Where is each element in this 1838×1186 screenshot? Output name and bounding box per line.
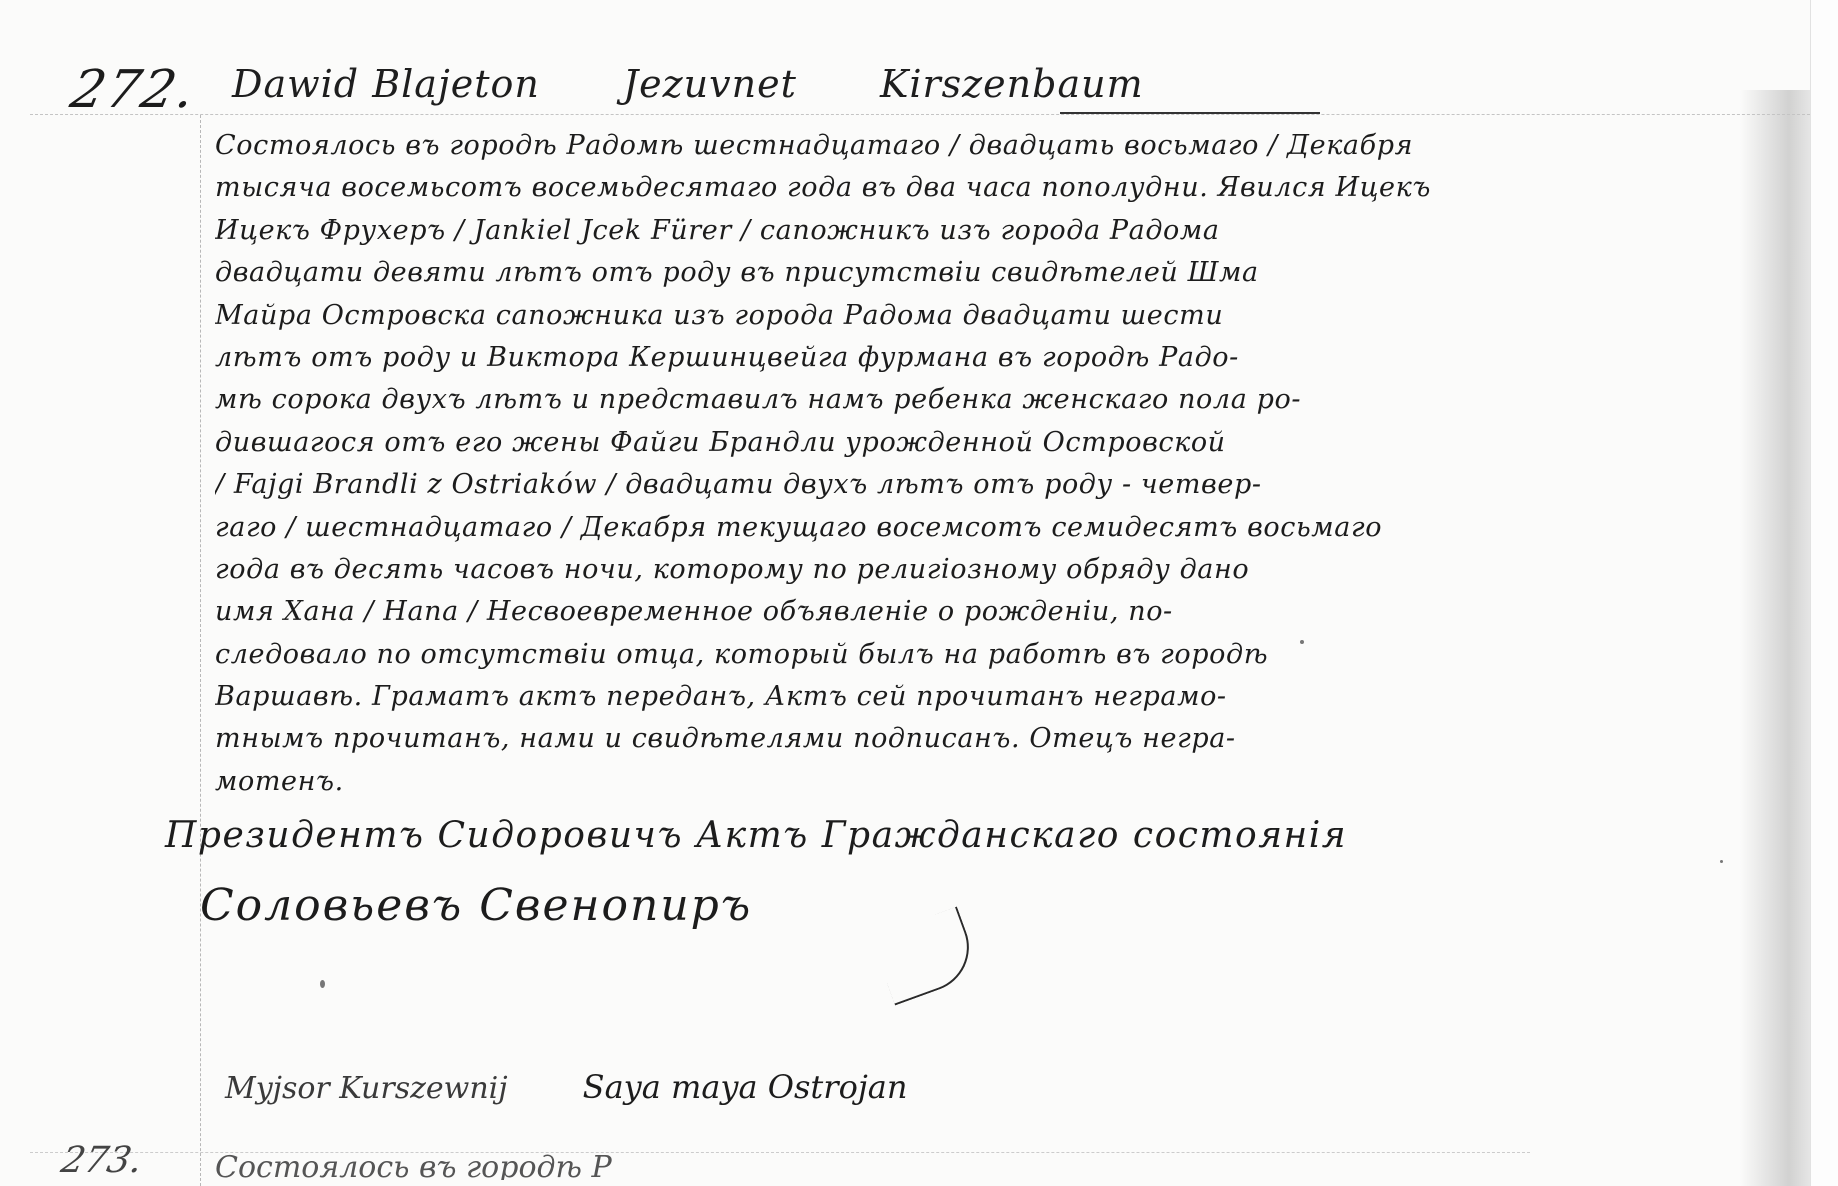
surname-header: Kirszenbaum [880,62,1144,106]
child-name-polish: Dawid Blajeton [232,62,540,106]
next-entry-number: 273. [58,1140,147,1180]
record-line: лѣтъ отъ роду и Виктора Кершинцвейга фур… [215,337,1755,379]
record-line: Варшавѣ. Граматъ актъ переданъ, Актъ сей… [215,676,1755,718]
witness-signatures: Myjsor Kurszewnij Saya maya Ostrojan [225,1068,907,1106]
record-line: имя Хана / Hana / Несвоевременное объявл… [215,591,1755,633]
record-line: дившагося отъ его жены Файги Брандли уро… [215,422,1755,464]
entry-top-rule [30,114,1810,115]
record-line: двадцати девяти лѣтъ отъ роду въ присутс… [215,252,1755,294]
registrar-signature-line: Президентъ Сидоровичъ Актъ Гражданскаго … [165,815,1347,856]
record-line: года въ десять часовъ ночи, которому по … [215,549,1755,591]
record-line: тнымъ прочитанъ, нами и свидѣтелями подп… [215,718,1755,760]
record-line: Майра Островска сапожника изъ города Рад… [215,295,1755,337]
registrar-signature: Соловьевъ Свенопиръ [200,880,752,931]
record-line: гаго / шестнадцатаго / Декабря текущаго … [215,507,1755,549]
witness-signature-right: Saya maya Ostrojan [583,1068,908,1106]
record-body: Состоялось въ городѣ Радомѣ шестнадцатаг… [215,125,1755,803]
record-line: тысяча восемьсотъ восемьдесятаго года въ… [215,167,1755,209]
record-line: / Fajgi Brandli z Ostriaków / двадцати д… [215,464,1755,506]
record-line: мотенъ. [215,761,1755,803]
scanned-document-page: 272. Dawid Blajeton Jezuvnet Kirszenbaum… [0,0,1838,1186]
signature-flourish [870,906,981,1005]
scan-speck [1300,640,1304,644]
witness-signature-left: Myjsor Kurszewnij [225,1071,508,1106]
record-line: мѣ сорока двухъ лѣтъ и представилъ намъ … [215,379,1755,421]
scan-border-strip [1810,0,1838,1186]
parents-note: Jezuvnet [623,62,797,106]
left-margin-rule [200,115,201,1186]
scan-speck [1720,860,1723,863]
next-entry-text: Состоялось въ городѣ Р [215,1150,612,1180]
record-line: Ицекъ Фрухеръ / Jankiel Jcek Fürer / сап… [215,210,1755,252]
entry-number: 272. [66,60,203,120]
record-line: Состоялось въ городѣ Радомѣ шестнадцатаг… [215,125,1755,167]
entry-header: Dawid Blajeton Jezuvnet Kirszenbaum [232,62,1214,106]
scan-speck [320,980,325,988]
record-line: следовало по отсутствіи отца, который бы… [215,634,1755,676]
surname-underline [1060,112,1320,114]
